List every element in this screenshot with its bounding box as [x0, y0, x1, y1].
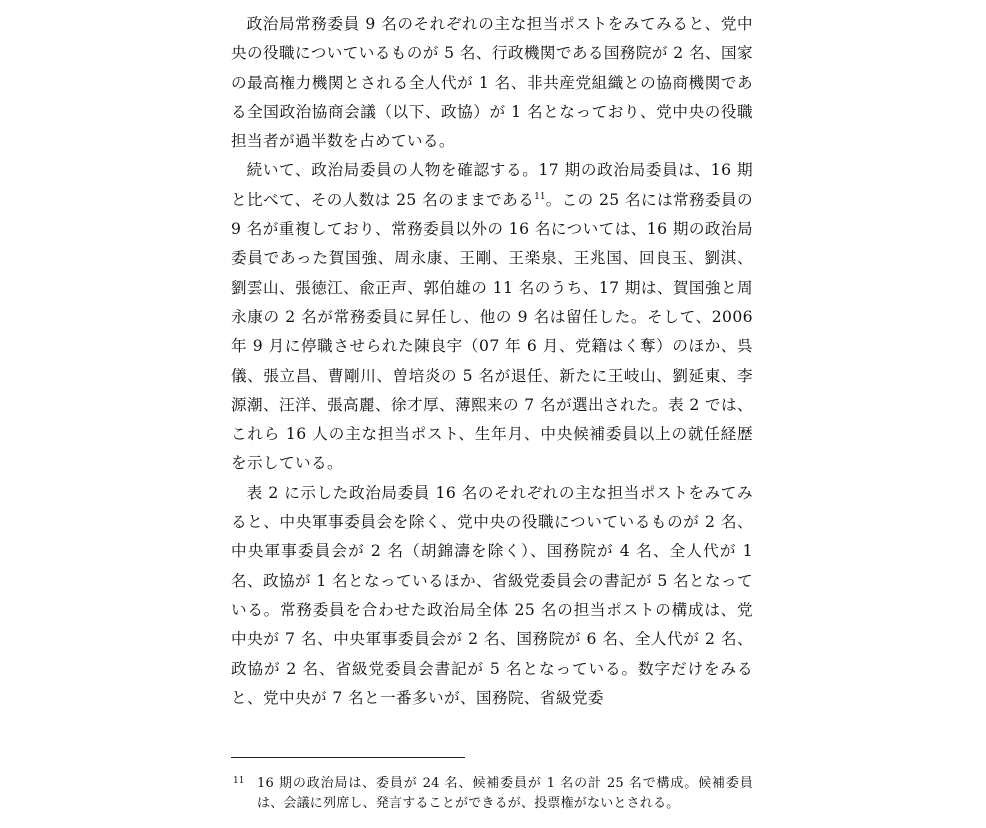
footnote-separator: [231, 757, 465, 758]
paragraph-post-composition: 表 2 に示した政治局委員 16 名のそれぞれの主な担当ポストをみてみると、中央…: [231, 479, 753, 713]
footnote-reference-11[interactable]: 11: [534, 192, 545, 202]
document-body: 政治局常務委員 9 名のそれぞれの主な担当ポストをみてみると、党中央の役職につい…: [231, 10, 753, 713]
footnote-number: 11: [231, 774, 257, 814]
paragraph-standing-committee: 政治局常務委員 9 名のそれぞれの主な担当ポストをみてみると、党中央の役職につい…: [231, 10, 753, 156]
paragraph-text-after-ref: 。この 25 名には常務委員の 9 名が重複しており、常務委員以外の 16 名に…: [231, 191, 753, 473]
footnote-text: 16 期の政治局は、委員が 24 名、候補委員が 1 名の計 25 名で構成。候…: [257, 774, 753, 814]
footnote-11: 11 16 期の政治局は、委員が 24 名、候補委員が 1 名の計 25 名で構…: [231, 774, 753, 814]
paragraph-politburo-members: 続いて、政治局委員の人物を確認する。17 期の政治局委員は、16 期と比べて、そ…: [231, 156, 753, 478]
